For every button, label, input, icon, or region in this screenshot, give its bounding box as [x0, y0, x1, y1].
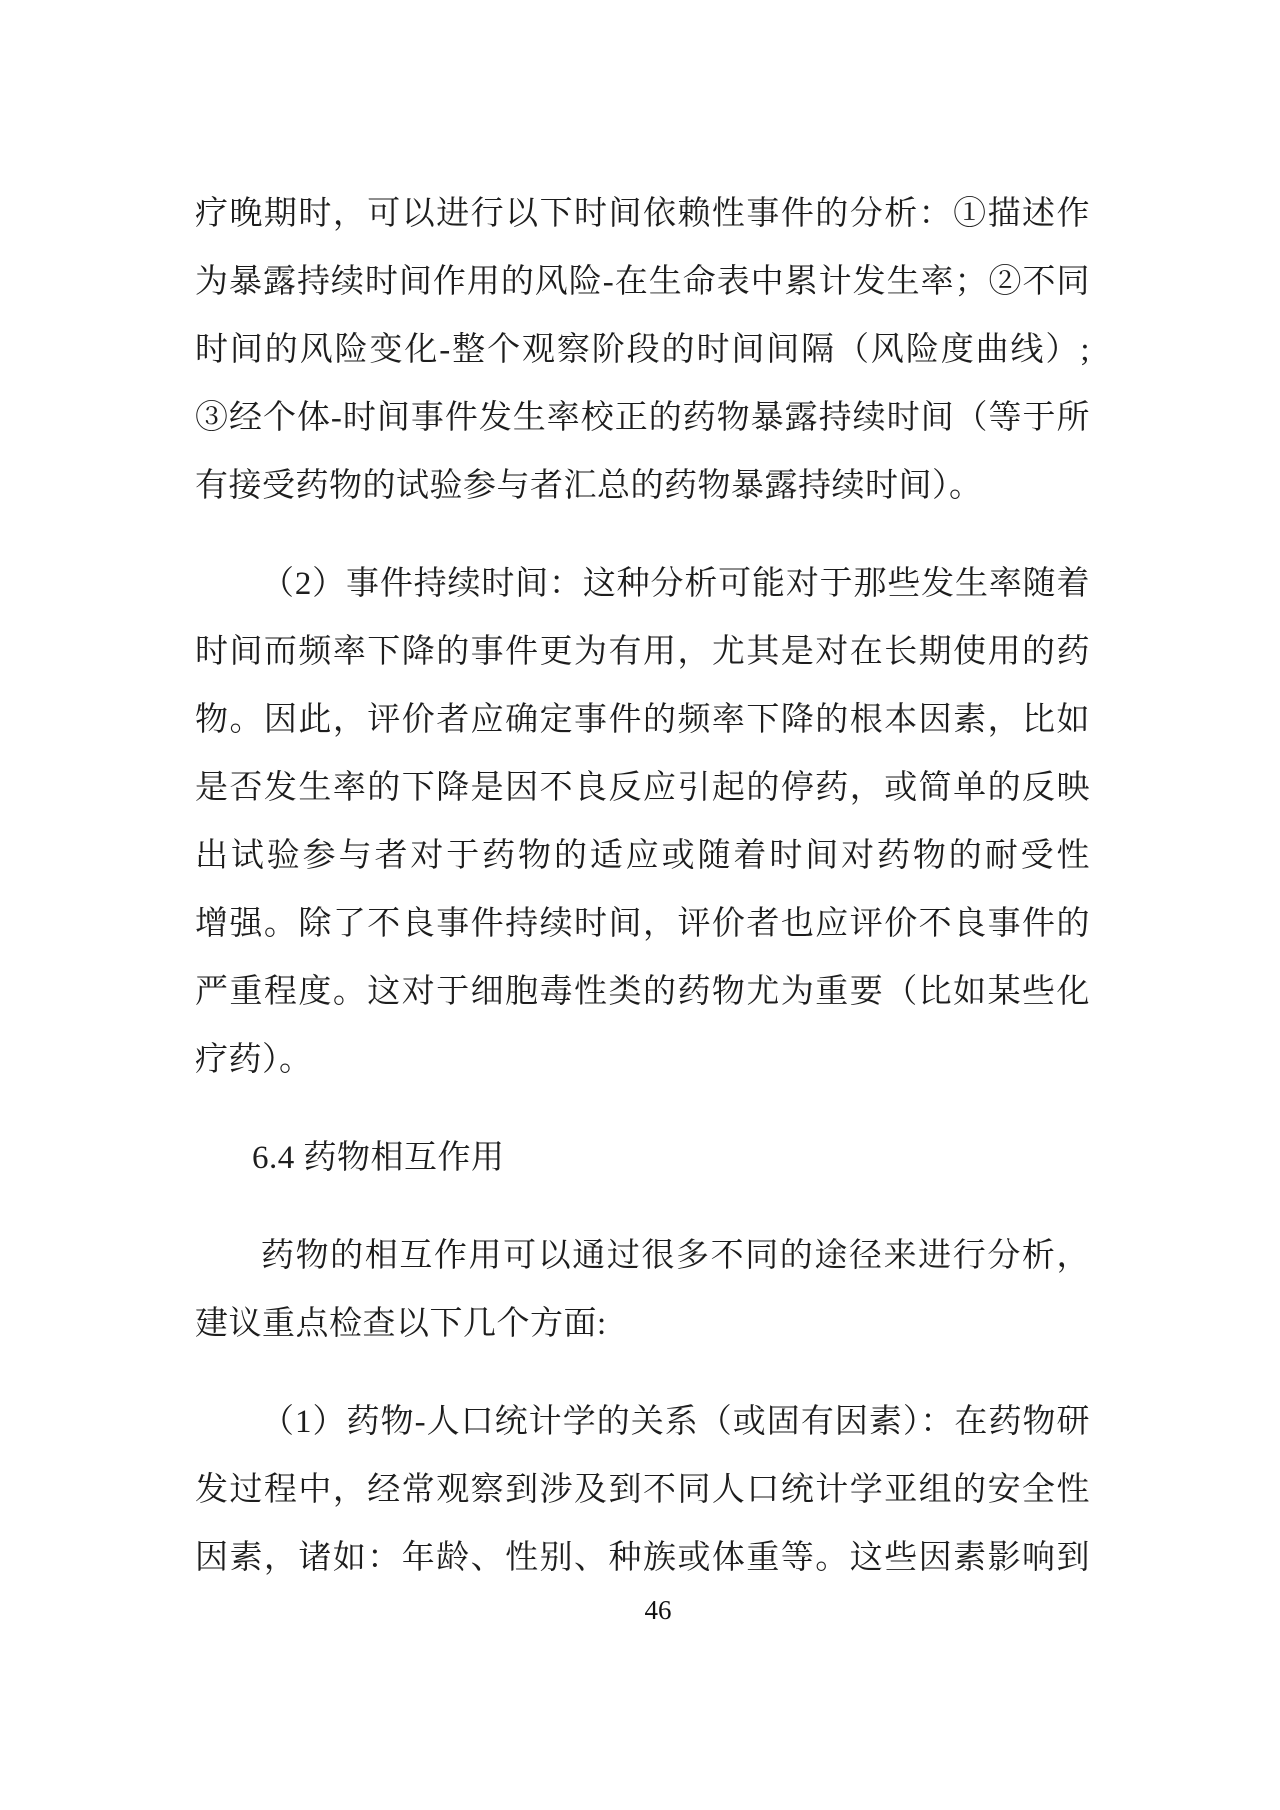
text-line: 有接受药物的试验参与者汇总的药物暴露持续时间）。 — [195, 452, 1090, 520]
text-line: 发过程中，经常观察到涉及到不同人口统计学亚组的安全性 — [195, 1456, 1090, 1524]
text-line: 严重程度。这对于细胞毒性类的药物尤为重要（比如某些化 — [195, 958, 1090, 1026]
text-line: 疗晚期时，可以进行以下时间依赖性事件的分析：①描述作 — [195, 180, 1090, 248]
document-page: 疗晚期时，可以进行以下时间依赖性事件的分析：①描述作为暴露持续时间作用的风险-在… — [0, 0, 1280, 1810]
paragraph: 疗晚期时，可以进行以下时间依赖性事件的分析：①描述作为暴露持续时间作用的风险-在… — [195, 180, 1090, 520]
text-line: 为暴露持续时间作用的风险-在生命表中累计发生率；②不同 — [195, 248, 1090, 316]
paragraph: （1）药物-人口统计学的关系（或固有因素）：在药物研发过程中，经常观察到涉及到不… — [195, 1388, 1090, 1592]
text-line: 是否发生率的下降是因不良反应引起的停药，或简单的反映 — [195, 754, 1090, 822]
text-line: ③经个体-时间事件发生率校正的药物暴露持续时间（等于所 — [195, 384, 1090, 452]
text-line: 时间的风险变化-整个观察阶段的时间间隔（风险度曲线）; — [195, 316, 1090, 384]
document-body: 疗晚期时，可以进行以下时间依赖性事件的分析：①描述作为暴露持续时间作用的风险-在… — [195, 180, 1090, 1592]
text-line: 疗药）。 — [195, 1026, 1090, 1094]
text-line: 建议重点检查以下几个方面: — [195, 1290, 1090, 1358]
paragraph: （2）事件持续时间：这种分析可能对于那些发生率随着时间而频率下降的事件更为有用，… — [195, 550, 1090, 1094]
text-line: 时间而频率下降的事件更为有用，尤其是对在长期使用的药 — [195, 618, 1090, 686]
text-line: （1）药物-人口统计学的关系（或固有因素）：在药物研 — [195, 1388, 1090, 1456]
text-line: 药物的相互作用可以通过很多不同的途径来进行分析， — [195, 1222, 1090, 1290]
section-heading: 6.4 药物相互作用 — [195, 1124, 1090, 1192]
paragraph: 药物的相互作用可以通过很多不同的途径来进行分析，建议重点检查以下几个方面: — [195, 1222, 1090, 1358]
page-number: 46 — [0, 1593, 1280, 1627]
text-line: 出试验参与者对于药物的适应或随着时间对药物的耐受性 — [195, 822, 1090, 890]
text-line: 物。因此，评价者应确定事件的频率下降的根本因素，比如 — [195, 686, 1090, 754]
text-line: 增强。除了不良事件持续时间，评价者也应评价不良事件的 — [195, 890, 1090, 958]
text-line: 因素，诸如：年龄、性别、种族或体重等。这些因素影响到 — [195, 1524, 1090, 1592]
text-line: （2）事件持续时间：这种分析可能对于那些发生率随着 — [195, 550, 1090, 618]
